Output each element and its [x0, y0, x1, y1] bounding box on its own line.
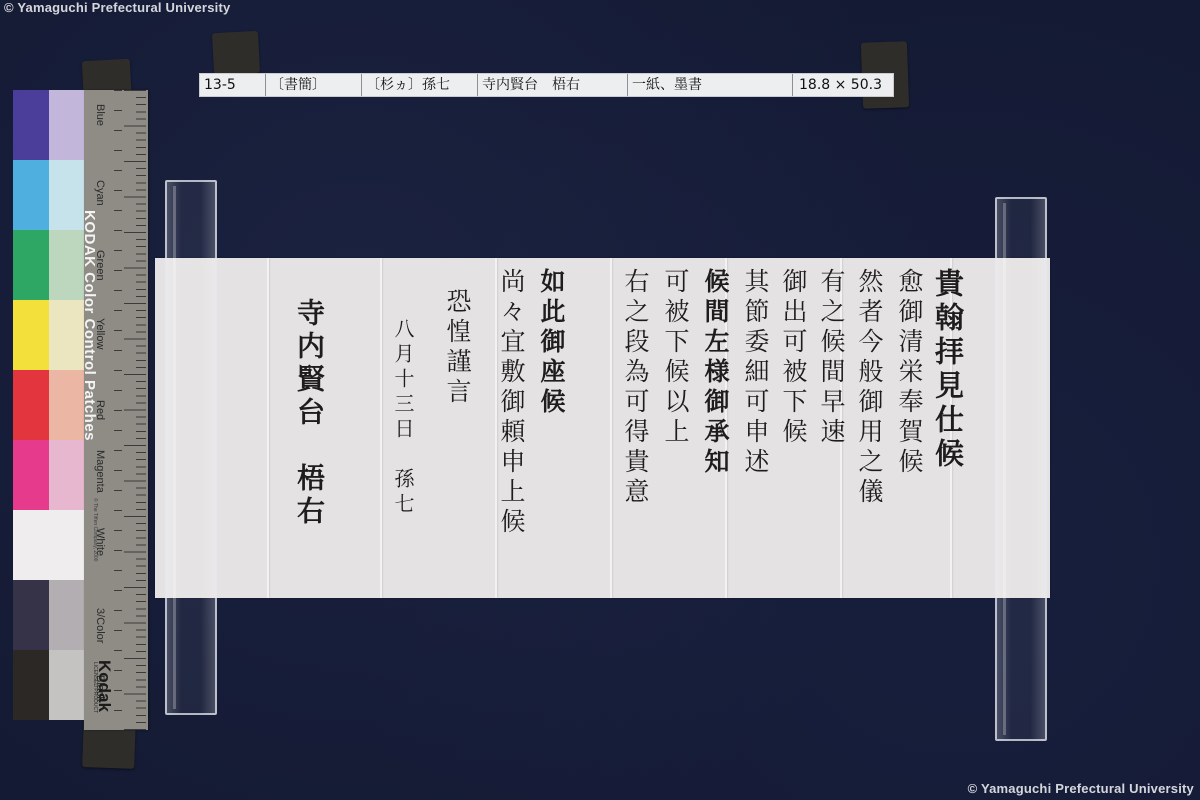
patch-green-light	[49, 230, 85, 300]
letter-column-9: 右之段為可得貴意	[623, 268, 648, 508]
label-sender: 〔杉ヵ〕孫七	[362, 74, 478, 96]
patch-row-blue	[13, 90, 85, 160]
patch-blue-dark	[13, 90, 49, 160]
patch-row-red	[13, 370, 85, 440]
tape-label-left	[212, 31, 260, 75]
patch-row-white	[13, 510, 85, 580]
ruler-inch-major-ticks	[124, 90, 146, 730]
patch-black-dark	[13, 650, 49, 720]
patch-cyan-light	[49, 160, 85, 230]
label-catalog-number: 13-5	[200, 74, 266, 96]
patch-cyan-dark	[13, 160, 49, 230]
copyright-watermark-bottom: © Yamaguchi Prefectural University	[968, 781, 1194, 796]
label-recipient: 寺内賢台 梧右	[478, 74, 628, 96]
letter-column-1: 貴翰拝見仕候	[933, 268, 962, 472]
letter-column-12: 恐惶謹言	[445, 288, 470, 408]
ruler-cm-ticks	[114, 90, 122, 730]
ruler-title: KODAK Color Control Patches	[81, 210, 98, 441]
letter-column-10: 如此御座候	[539, 268, 564, 418]
letter-column-8: 可被下候以上	[663, 268, 688, 448]
copyright-watermark-top: © Yamaguchi Prefectural University	[4, 0, 230, 15]
ruler-label-blue: Blue	[94, 104, 106, 126]
patch-3color-light	[49, 580, 85, 650]
patch-row-black	[13, 650, 85, 720]
patch-row-green	[13, 230, 85, 300]
acrylic-rod-right	[995, 197, 1047, 741]
patch-3color-dark	[13, 580, 49, 650]
paper-fold-line	[610, 258, 612, 598]
letter-column-6: 其節委細可申述	[743, 268, 768, 478]
patch-green-dark	[13, 230, 49, 300]
label-dimensions: 18.8 × 50.3	[793, 74, 893, 96]
catalog-label-strip: 13-5 〔書簡〕 〔杉ヵ〕孫七 寺内賢台 梧右 一紙、墨書 18.8 × 50…	[199, 73, 894, 97]
patch-red-light	[49, 370, 85, 440]
letter-column-2: 愈御清栄奉賀候	[897, 268, 922, 478]
patch-row-3color	[13, 580, 85, 650]
ruler-copyright: © The Tiffen Company, 2000	[92, 498, 98, 561]
ruler-label-3color: 3/Color	[94, 608, 106, 643]
letter-column-4: 有之候間早速	[819, 268, 844, 448]
letter-column-3: 然者今般御用之儀	[857, 268, 882, 508]
acrylic-rod-left	[165, 180, 217, 715]
letter-column-7: 候間左様御承知	[703, 268, 728, 478]
patch-row-cyan	[13, 160, 85, 230]
ruler-label-magenta: Magenta	[94, 450, 106, 493]
patch-red-dark	[13, 370, 49, 440]
ruler-label-cyan: Cyan	[94, 180, 106, 206]
patch-blue-light	[49, 90, 85, 160]
patch-row-magenta	[13, 440, 85, 510]
patch-black-light	[49, 650, 85, 720]
patch-yellow-light	[49, 300, 85, 370]
handwritten-letter-paper: 貴翰拝見仕候 愈御清栄奉賀候 然者今般御用之儀 有之候間早速 御出可被下候 其節…	[155, 258, 1050, 598]
paper-fold-line	[380, 258, 382, 598]
kodak-ruler-strip: Blue Cyan Green Yellow Red Magenta White…	[84, 90, 148, 730]
patch-yellow-dark	[13, 300, 49, 370]
label-format: 一紙、墨書	[628, 74, 793, 96]
patch-magenta-light	[49, 440, 85, 510]
color-control-patches	[13, 90, 85, 728]
label-document-type: 〔書簡〕	[266, 74, 362, 96]
patch-magenta-dark	[13, 440, 49, 510]
patch-row-yellow	[13, 300, 85, 370]
ruler-licensed-product: LICENSED PRODUCT	[92, 662, 98, 713]
letter-column-11: 尚々宜敷御頼申上候	[499, 268, 524, 538]
paper-fold-line	[267, 258, 269, 598]
letter-column-date: 八月十三日 孫七	[393, 318, 413, 518]
letter-column-5: 御出可被下候	[781, 268, 806, 448]
patch-white	[13, 510, 85, 580]
letter-column-addressee: 寺内賢台 梧右	[295, 298, 323, 529]
